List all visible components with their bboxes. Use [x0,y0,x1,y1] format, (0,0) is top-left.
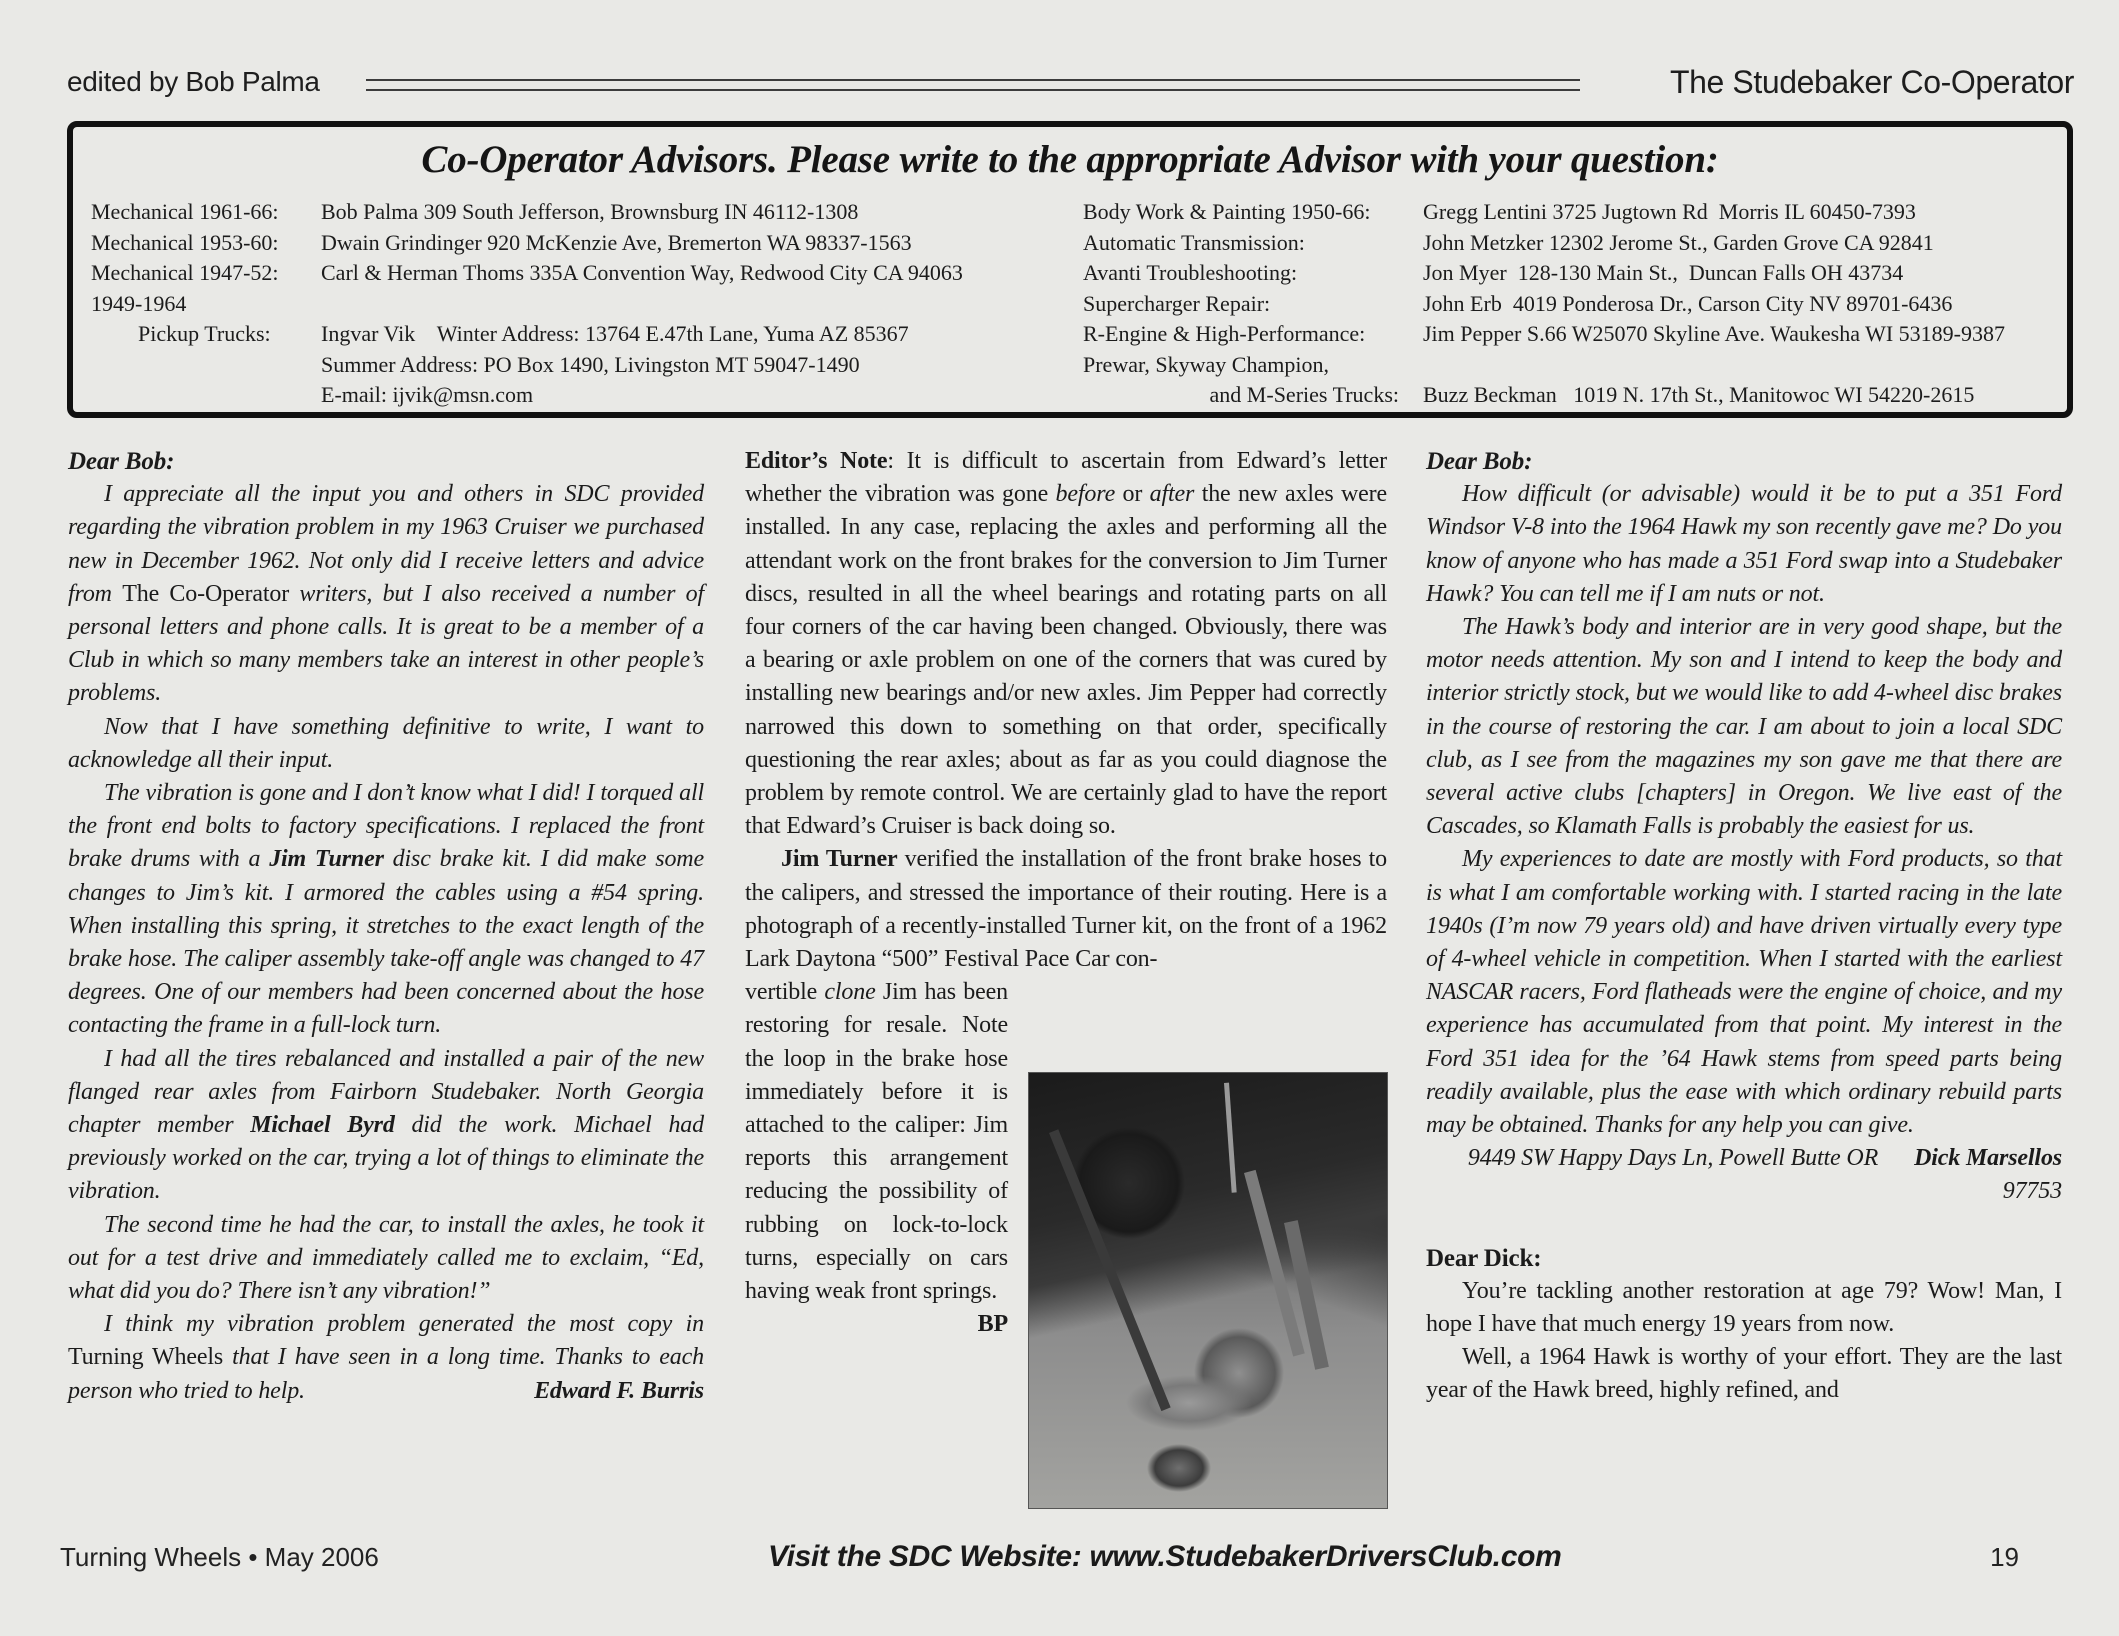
advisor-contact: Gregg Lentini 3725 Jugtown Rd Morris IL … [1423,197,2063,228]
signature: Dick Marsellos [1878,1142,2062,1175]
advisor-contact: Buzz Beckman 1019 N. 17th St., Manitowoc… [1423,380,2063,411]
advisor-contact: John Metzker 12302 Jerome St., Garden Gr… [1423,228,2063,259]
advisor-specialty [91,380,321,411]
advisor-specialty: Mechanical 1961-66: [91,197,321,228]
advisor-contact [321,289,1071,320]
signature: Edward F. Burris [498,1375,704,1408]
advisor-entry: Pickup Trucks: Ingvar Vik Winter Address… [91,319,1071,350]
letter-burris: Dear Bob: I appreciate all the input you… [68,445,704,1408]
advisor-specialty: Pickup Trucks: [91,319,321,350]
note-paragraph: Jim Turner verified the installation of … [745,843,1387,976]
person-name: Jim Turner [269,846,384,872]
advisor-entry: R-Engine & High-Performance: Jim Pepper … [1083,319,2063,350]
letter-paragraph: I appreciate all the input you and other… [68,478,704,710]
reply-salutation: Dear Dick: [1426,1242,2062,1275]
letter-paragraph: How difficult (or advisable) would it be… [1426,478,2062,611]
issue-info: Turning Wheels • May 2006 [60,1542,379,1573]
advisor-specialty: and M-Series Trucks: [1083,380,1423,411]
salutation: Dear Bob: [68,445,704,478]
header-rule [366,79,1580,81]
advisor-contact: Jon Myer 128-130 Main St., Duncan Falls … [1423,258,2063,289]
advisor-specialty: Prewar, Skyway Champion, [1083,350,1423,381]
page-number: 19 [1990,1542,2019,1573]
advisors-list-left: Mechanical 1961-66: Bob Palma 309 South … [91,197,1071,411]
advisor-entry: Automatic Transmission: John Metzker 123… [1083,228,2063,259]
advisor-entry: Prewar, Skyway Champion, [1083,350,2063,381]
note-label: Editor’s Note [745,448,887,474]
letter-paragraph: I had all the tires rebalanced and insta… [68,1043,704,1209]
advisor-entry: and M-Series Trucks: Buzz Beckman 1019 N… [1083,380,2063,411]
advisor-contact: Dwain Grindinger 920 McKenzie Ave, Breme… [321,228,1071,259]
advisor-entry: Mechanical 1947-52: Carl & Herman Thoms … [91,258,1071,289]
reply-paragraph: Well, a 1964 Hawk is worthy of your effo… [1426,1341,2062,1407]
letter-paragraph: The vibration is gone and I don’t know w… [68,777,704,1043]
publication-name: Turning Wheels [68,1344,223,1370]
advisor-contact: Ingvar Vik Winter Address: 13764 E.47th … [321,319,1071,350]
header-rule [366,89,1580,91]
advisor-entry: Mechanical 1961-66: Bob Palma 309 South … [91,197,1071,228]
publication-name: The Co-Operator [122,581,289,607]
advisor-specialty [91,350,321,381]
reply-paragraph: You’re tackling another restoration at a… [1426,1275,2062,1341]
website-promo[interactable]: Visit the SDC Website: www.StudebakerDri… [768,1540,1561,1574]
note-paragraph: Editor’s Note: It is difficult to ascert… [745,445,1387,843]
column-title: The Studebaker Co-Operator [1670,64,2074,101]
advisor-specialty: 1949-1964 [91,289,321,320]
advisor-specialty: R-Engine & High-Performance: [1083,319,1423,350]
advisor-entry: Avanti Troubleshooting: Jon Myer 128-130… [1083,258,2063,289]
letter-marsellos: Dear Bob: How difficult (or advisable) w… [1426,445,2062,1408]
advisor-entry: Summer Address: PO Box 1490, Livingston … [91,350,1071,381]
photo-caption-text: vertible clone Jim has been restoring fo… [745,976,1008,1308]
brake-kit-photo [1028,1072,1388,1509]
advisor-contact: Carl & Herman Thoms 335A Convention Way,… [321,258,1071,289]
advisor-contact: Bob Palma 309 South Jefferson, Brownsbur… [321,197,1071,228]
advisor-specialty: Avanti Troubleshooting: [1083,258,1423,289]
running-header: edited by Bob Palma The Studebaker Co-Op… [0,0,2119,110]
advisor-email[interactable]: E-mail: ijvik@msn.com [321,380,1071,411]
advisors-list-right: Body Work & Painting 1950-66: Gregg Lent… [1083,197,2063,411]
advisor-specialty: Body Work & Painting 1950-66: [1083,197,1423,228]
advisor-contact: Summer Address: PO Box 1490, Livingston … [321,350,1071,381]
letter-paragraph: I think my vibration problem generated t… [68,1308,704,1408]
advisor-contact: John Erb 4019 Ponderosa Dr., Carson City… [1423,289,2063,320]
advisor-entry: Mechanical 1953-60: Dwain Grindinger 920… [91,228,1071,259]
letter-paragraph: My experiences to date are mostly with F… [1426,843,2062,1142]
advisor-specialty: Automatic Transmission: [1083,228,1423,259]
advisor-specialty: Mechanical 1947-52: [91,258,321,289]
advisor-specialty: Mechanical 1953-60: [91,228,321,259]
letter-paragraph: The Hawk’s body and interior are in very… [1426,611,2062,843]
person-name: Jim Turner [781,846,898,872]
editor-credit: edited by Bob Palma [67,66,320,98]
advisor-entry: Supercharger Repair: John Erb 4019 Ponde… [1083,289,2063,320]
letter-paragraph: Now that I have something definitive to … [68,711,704,777]
advisor-entry: E-mail: ijvik@msn.com [91,380,1071,411]
letter-paragraph: The second time he had the car, to insta… [68,1209,704,1309]
person-name: Michael Byrd [250,1112,394,1138]
editor-initials: BP [745,1308,1008,1341]
advisor-entry: Body Work & Painting 1950-66: Gregg Lent… [1083,197,2063,228]
advisor-entry: 1949-1964 [91,289,1071,320]
advisor-contact: Jim Pepper S.66 W25070 Skyline Ave. Wauk… [1423,319,2063,350]
advisors-box: Co-Operator Advisors. Please write to th… [67,121,2073,418]
advisor-contact [1423,350,2063,381]
advisors-title: Co-Operator Advisors. Please write to th… [73,137,2067,182]
advisor-specialty: Supercharger Repair: [1083,289,1423,320]
salutation: Dear Bob: [1426,445,2062,478]
